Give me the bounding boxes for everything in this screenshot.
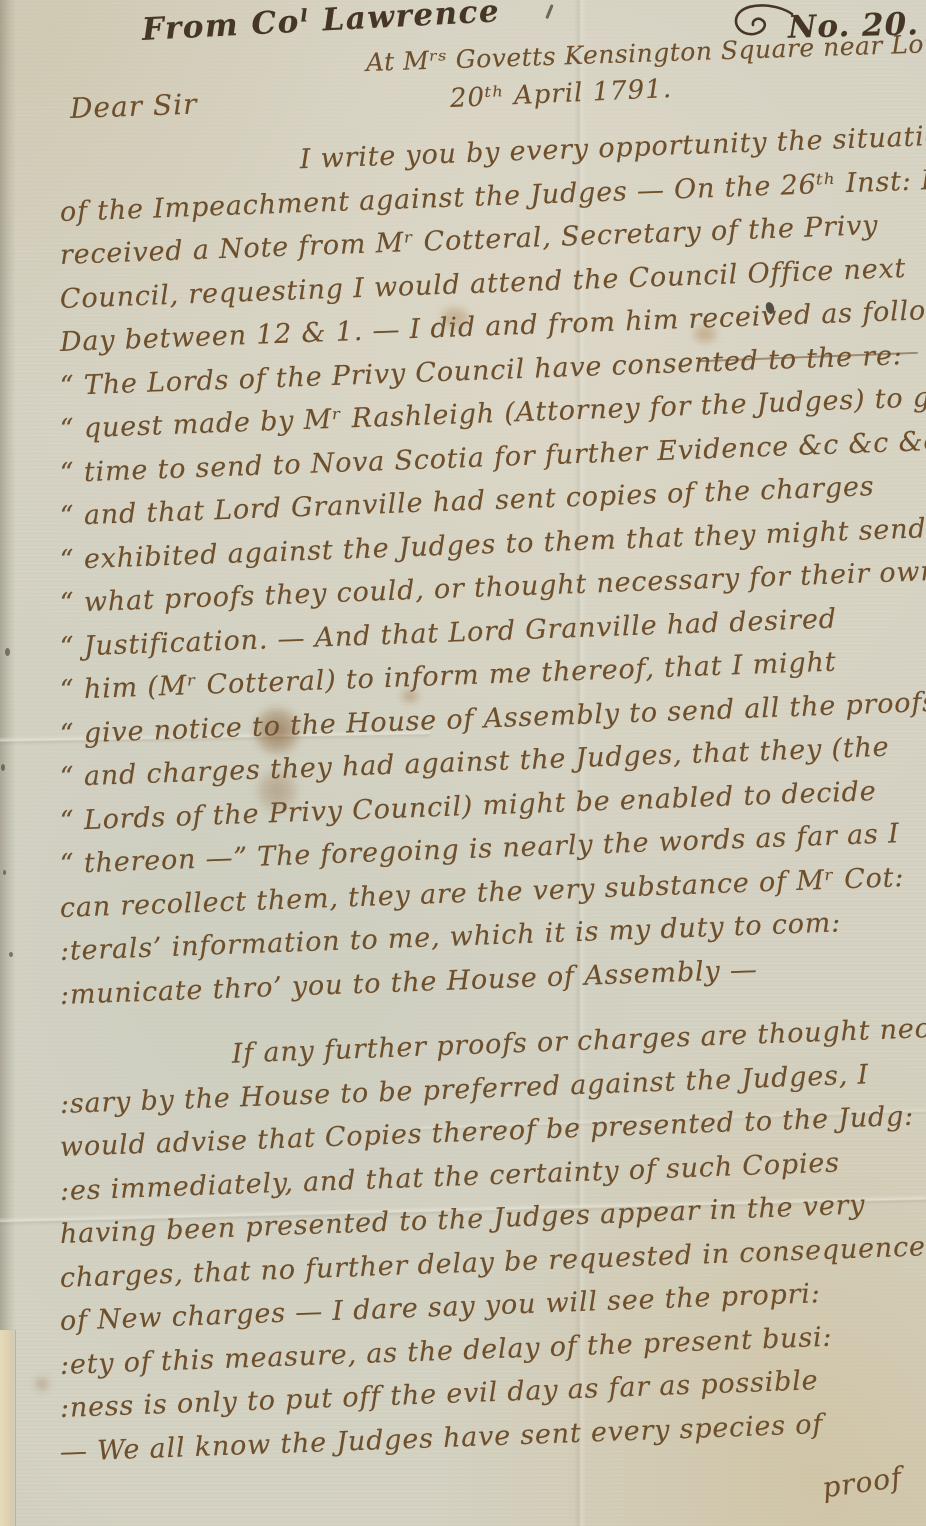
date-line: 20ᵗʰ April 1791. <box>449 74 672 114</box>
stray-pen-mark <box>545 4 553 19</box>
salutation: Dear Sir <box>69 88 198 125</box>
paragraph: If any further proofs or charges are tho… <box>60 1039 926 1474</box>
letter-body: I write you by every opportunity the sit… <box>60 147 926 1474</box>
address-line: At Mʳˢ Govetts Kensington Square near Lo… <box>366 27 926 77</box>
paper-stain <box>36 1378 48 1390</box>
paper-speck <box>9 952 13 957</box>
page-left-edge <box>0 0 16 1526</box>
paper-speck <box>3 870 6 875</box>
page-left-edge-lower <box>0 1330 16 1526</box>
paper-speck <box>1 764 5 771</box>
letter-page: From Coˡ Lawrence No. 20. At Mʳˢ Govetts… <box>0 0 926 1526</box>
paragraph: I write you by every opportunity the sit… <box>60 147 926 1017</box>
sender-annotation: From Coˡ Lawrence <box>141 0 501 48</box>
paper-speck <box>5 648 10 656</box>
